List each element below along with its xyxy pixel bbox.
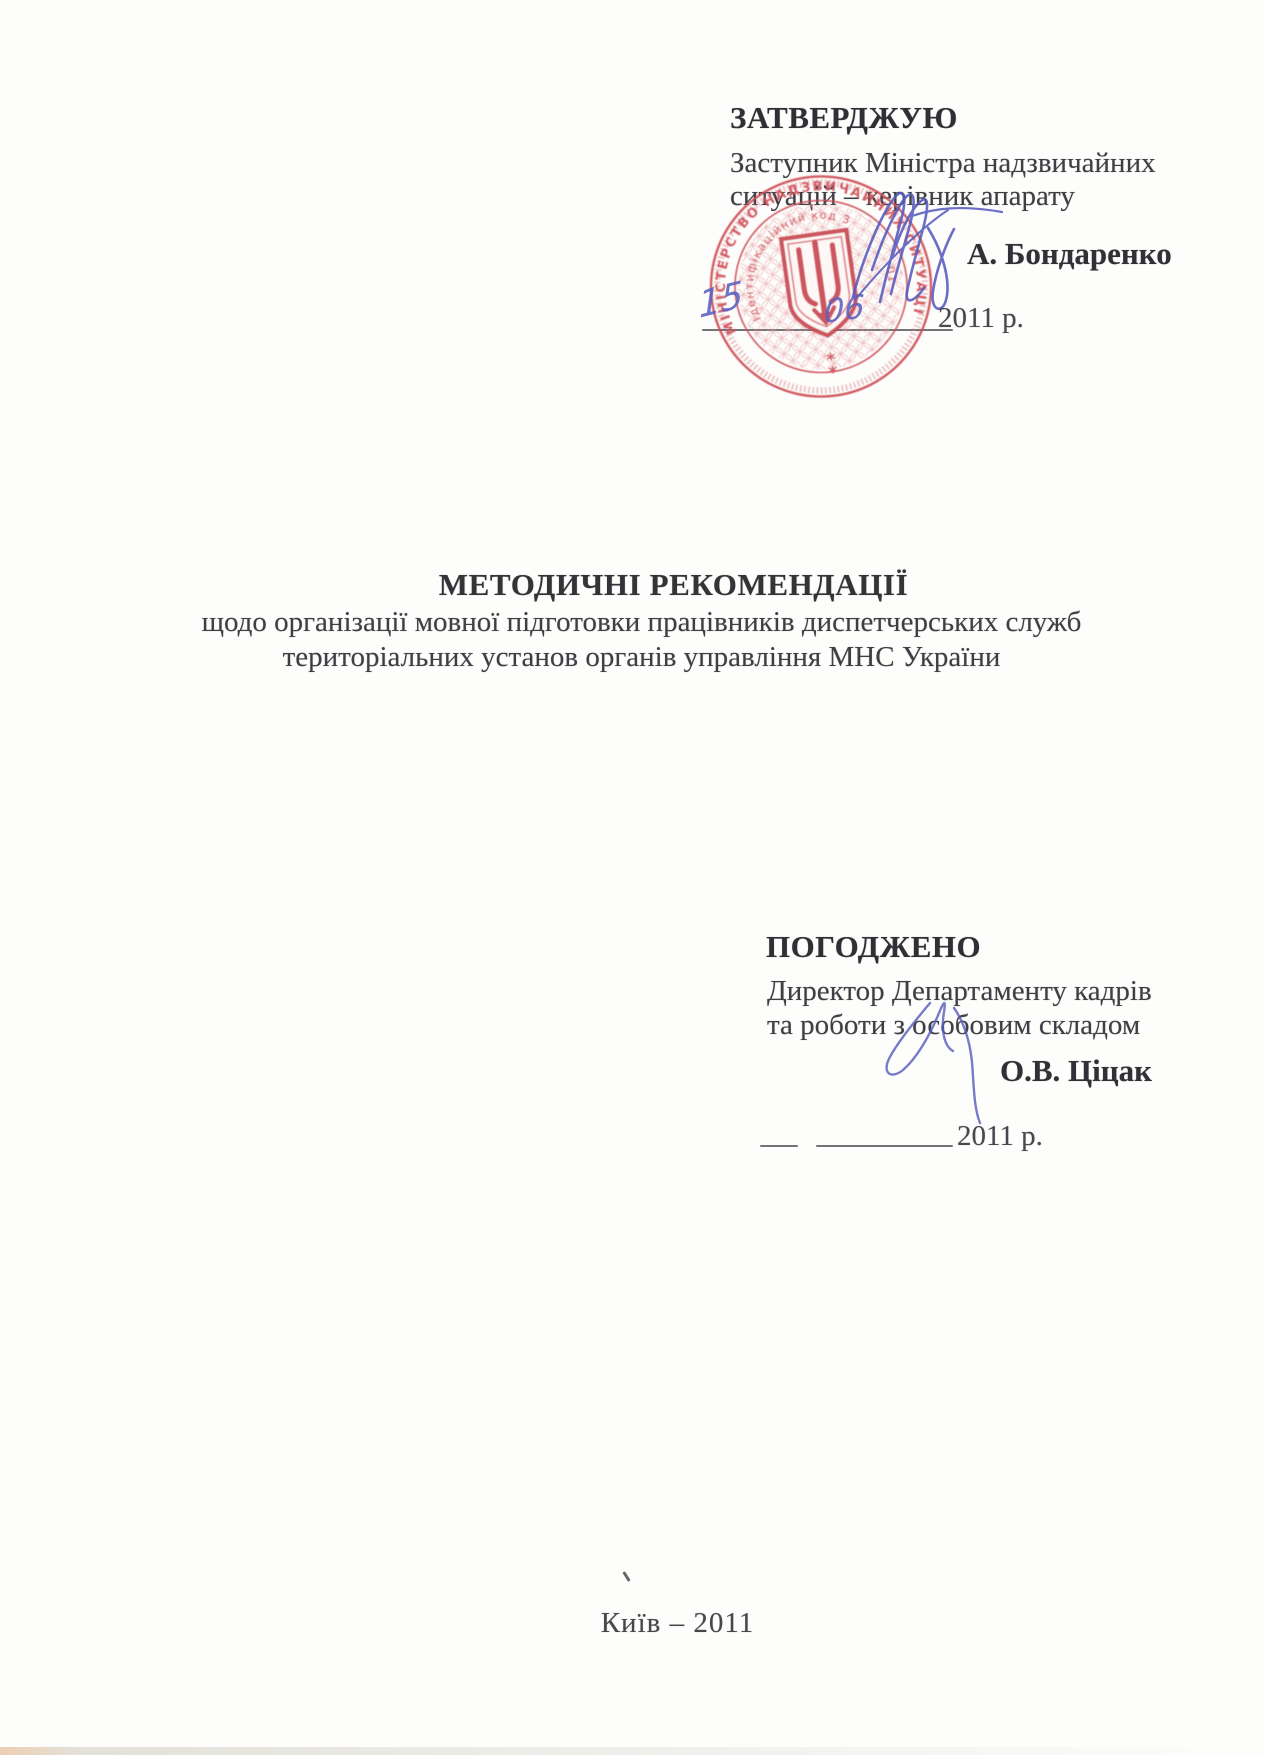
approve-signatory-name: А. Бондаренко	[967, 236, 1172, 272]
document-title: МЕТОДИЧНІ РЕКОМЕНДАЦІЇ	[0, 567, 1263, 603]
agree-label: ПОГОДЖЕНО	[766, 929, 981, 965]
approve-label: ЗАТВЕРДЖУЮ	[730, 100, 958, 136]
agree-date-underline-month	[816, 1145, 953, 1147]
agree-year: 2011 р.	[957, 1120, 1043, 1153]
scan-bottom-edge-artifact	[0, 1747, 1263, 1755]
scanned-document-page: ЗАТВЕРДЖУЮ Заступник Міністра надзвичайн…	[0, 0, 1263, 1755]
document-subtitle-line1: щодо організації мовної підготовки праці…	[0, 606, 1263, 639]
approve-year: 2011 р.	[938, 302, 1024, 335]
agree-date-underline-day	[760, 1145, 798, 1147]
handwritten-month: 06	[824, 287, 866, 331]
document-subtitle-line2: територіальних установ органів управлінн…	[0, 641, 1263, 674]
tsitsak-signature	[870, 995, 995, 1130]
footer-place-year: Київ – 2011	[0, 1607, 1263, 1640]
scan-artifact-tick	[622, 1571, 630, 1582]
agree-signatory-name: О.В. Ціцак	[1000, 1053, 1152, 1089]
